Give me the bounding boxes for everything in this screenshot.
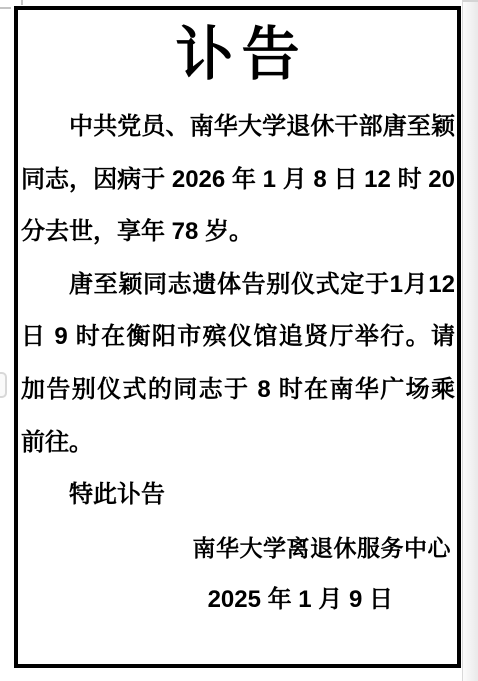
- document-viewport: 讣告 中共党员、南华大学退休干部唐至颖 同志，因病于 2026 年 1 月 8 …: [0, 0, 478, 681]
- notice-line-6: 加告别仪式的同志于 8 时在南华广场乘车: [21, 364, 455, 417]
- notice-line-3: 分去世，享年 78 岁。: [21, 206, 455, 259]
- closing-line: 特此讣告: [21, 469, 455, 522]
- notice-line-7: 前往。: [21, 417, 455, 470]
- left-edge-partial-control[interactable]: [0, 372, 7, 398]
- notice-title: 讣告: [18, 24, 457, 86]
- notice-line-2: 同志，因病于 2026 年 1 月 8 日 12 时 20: [21, 154, 455, 207]
- page-edge-strip: [462, 0, 478, 681]
- notice-line-4: 唐至颖同志遗体告别仪式定于1月12: [21, 259, 455, 312]
- crop-mark-vertical: [21, 0, 23, 5]
- crop-mark-horizontal: [0, 7, 11, 9]
- notice-line-1: 中共党员、南华大学退休干部唐至颖: [21, 101, 455, 154]
- notice-body: 中共党员、南华大学退休干部唐至颖 同志，因病于 2026 年 1 月 8 日 1…: [18, 101, 457, 627]
- date-line: 2025 年 1 月 9 日: [21, 574, 455, 627]
- notice-line-5: 日 9 时在衡阳市殡仪馆追贤厅举行。请参: [21, 311, 455, 364]
- obituary-notice-box: 讣告 中共党员、南华大学退休干部唐至颖 同志，因病于 2026 年 1 月 8 …: [14, 6, 461, 668]
- signature-line: 南华大学离退休服务中心: [21, 522, 455, 575]
